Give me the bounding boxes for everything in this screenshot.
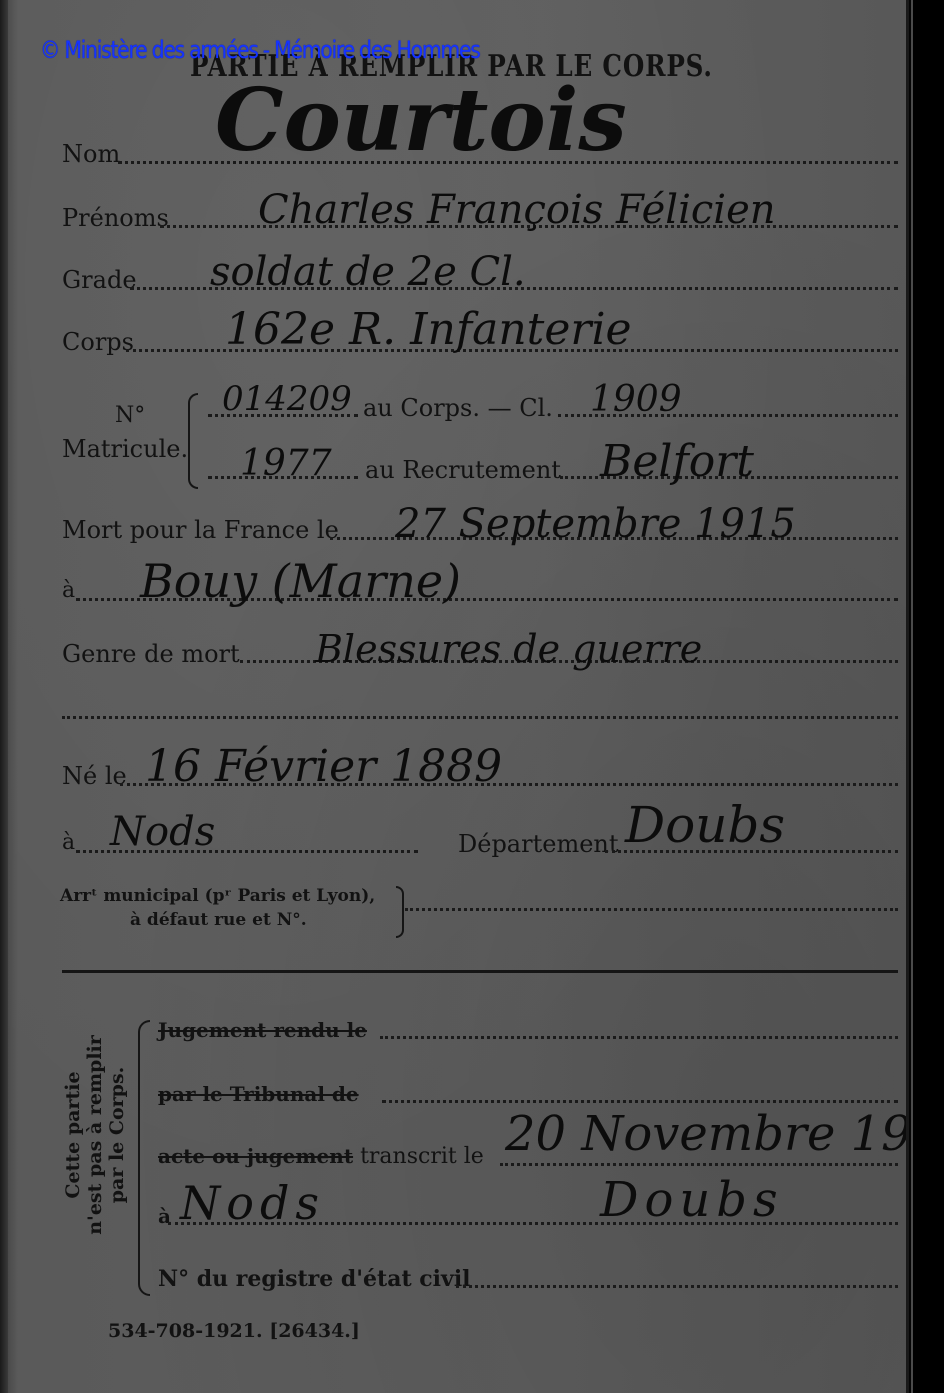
card-left-edge: [0, 0, 8, 1393]
genre-de-mort-label: Genre de mort: [62, 642, 240, 666]
registre-line: [456, 1285, 898, 1288]
jugement-rendu-label: Jugement rendu le: [158, 1020, 367, 1040]
death-record-card: PARTIE À REMPLIR PAR LE CORPS. Nom Court…: [0, 0, 908, 1393]
matricule-corps-label: au Corps. — Cl.: [363, 396, 553, 420]
prenoms-value: Charles François Félicien: [258, 190, 776, 230]
transcrit-struck-label: acte ou jugement: [158, 1144, 353, 1168]
recrutement-label: au Recrutement: [365, 458, 561, 482]
transcrit-row: acte ou jugement transcrit le: [158, 1146, 484, 1168]
nom-label: Nom: [62, 142, 120, 166]
matricule-corps-value: 014209: [222, 382, 352, 416]
genre-de-mort-value: Blessures de guerre: [315, 630, 702, 668]
mort-a-value: Bouy (Marne): [140, 558, 461, 604]
corps-label: Corps: [62, 330, 134, 354]
grade-value: soldat de 2e Cl.: [210, 252, 526, 292]
side-label-line2: n'est pas à remplir: [84, 1020, 106, 1250]
recrutement-place-value: Belfort: [600, 440, 754, 484]
arrondissement-label-line2: à défaut rue et N°.: [130, 912, 307, 929]
ne-le-label: Né le: [62, 764, 127, 788]
ne-le-value: 16 Février 1889: [145, 745, 502, 789]
section-divider: [62, 970, 898, 973]
card-right-border: [906, 0, 909, 1393]
side-label: Cette partie n'est pas à remplir par le …: [62, 1020, 128, 1250]
transcrit-a-department: Doubs: [600, 1176, 784, 1224]
matricule-label: Matricule.: [62, 437, 188, 461]
jugement-rendu-line: [380, 1036, 898, 1039]
side-label-line1: Cette partie: [62, 1020, 84, 1250]
classe-value: 1909: [590, 382, 682, 418]
ne-a-value: Nods: [110, 812, 215, 852]
matricule-no-label: N°: [115, 405, 145, 427]
prenoms-label: Prénoms: [62, 206, 169, 230]
section-brace: [138, 1020, 150, 1296]
print-reference: 534-708-1921. [26434.]: [108, 1322, 360, 1341]
transcrit-value: 20 Novembre 1920: [505, 1110, 944, 1158]
copyright-watermark: © Ministère des armées - Mémoire des Hom…: [40, 36, 480, 64]
matricule-recrutement-value: 1977: [240, 446, 332, 482]
blank-line: [62, 716, 898, 719]
tribunal-label: par le Tribunal de: [158, 1084, 359, 1104]
registre-label: N° du registre d'état civil: [158, 1268, 471, 1290]
arrondissement-label-line1: Arrᵗ municipal (pʳ Paris et Lyon),: [60, 888, 375, 905]
arrondissement-line: [405, 908, 898, 911]
mort-a-label: à: [62, 580, 75, 602]
tribunal-line: [382, 1100, 898, 1103]
departement-label: Département: [458, 832, 619, 856]
ne-a-label: à: [62, 832, 75, 854]
transcrit-label: transcrit le: [360, 1144, 484, 1169]
transcrit-a-place: Nods: [180, 1180, 325, 1226]
corps-value: 162e R. Infanterie: [225, 308, 632, 352]
transcrit-line: [500, 1163, 898, 1166]
mort-le-value: 27 Septembre 1915: [395, 504, 796, 544]
side-label-line3: par le Corps.: [106, 1020, 128, 1250]
arrondissement-brace: [396, 886, 404, 938]
scan-background: [913, 0, 944, 1393]
mort-le-label: Mort pour la France le: [62, 518, 339, 542]
grade-label: Grade: [62, 268, 137, 292]
matricule-brace: [188, 393, 198, 489]
departement-value: Doubs: [625, 800, 785, 850]
nom-value: Courtois: [215, 78, 627, 164]
